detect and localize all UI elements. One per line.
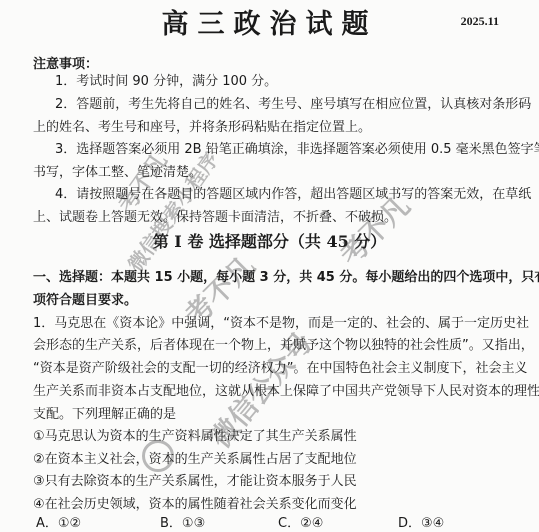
question-stem-4: 生产关系而非资本占支配地位，这就从根本上保障了中国共产党领导下人民对资本的理性 [33,383,539,401]
notice-item-3: 3．选择题答案必须用 2B 铅笔正确填涂，非选择题答案必须使用 0.5 毫米黑色… [55,141,539,159]
notice-item-4: 4．请按照题号在各题目的答题区域内作答，超出答题区域书写的答案无效，在草纸 [55,186,531,204]
exam-title: 高三政治试题 [0,2,539,41]
section-instructions-1: 一、选择题：本题共 15 小题，每小题 3 分，共 45 分。每小题给出的四个选… [33,269,539,287]
notice-item-1: 1．考试时间 90 分钟，满分 100 分。 [55,73,277,91]
section-instructions-2: 项符合题目要求。 [33,292,137,310]
notice-item-2-cont: 上的姓名、考生号和座号，并将条形码粘贴在指定位置上。 [33,119,371,137]
notice-item-2: 2．答题前，考生先将自己的姓名、考生号、座号填写在相应位置，认真核对条形码 [55,96,531,114]
option-a: A．①② [36,512,81,531]
statement-2: ②在资本主义社会，资本的生产关系属性占居了支配地位 [33,451,357,469]
statement-3: ③只有去除资本的生产关系属性，才能让资本服务于人民 [33,473,357,491]
exam-page: 高三政治试题 2025.11 注意事项： 1．考试时间 90 分钟，满分 100… [0,0,539,532]
statement-1: ①马克思认为资本的生产资料属性决定了其生产关系属性 [33,428,357,446]
question-stem-5: 支配。下列理解正确的是 [33,406,176,424]
notice-heading: 注意事项： [33,56,98,74]
question-stem-2: 会形态的生产关系，后者体现在一个物上，并赋予这个物以独特的社会性质”。又指出， [33,337,534,355]
question-stem-1: 1．马克思在《资本论》中强调，“资本不是物，而是一定的、社会的、属于一定历史社 [33,315,529,333]
notice-item-3-cont: 书写，字体工整、笔迹清楚。 [33,164,202,182]
option-c: C．②④ [278,512,323,531]
notice-item-4-cont: 上、试题卷上答题无效。保持答题卡面清洁，不折叠、不破损。 [33,209,397,227]
option-d: D．③④ [398,512,444,531]
section-title: 第 I 卷 选择题部分（共 45 分） [0,229,539,252]
exam-date: 2025.11 [461,14,499,29]
option-b: B．①③ [160,512,205,531]
question-stem-3: “资本是资产阶级社会的支配一切的经济权力”。在中国特色社会主义制度下，社会主义 [33,360,527,378]
